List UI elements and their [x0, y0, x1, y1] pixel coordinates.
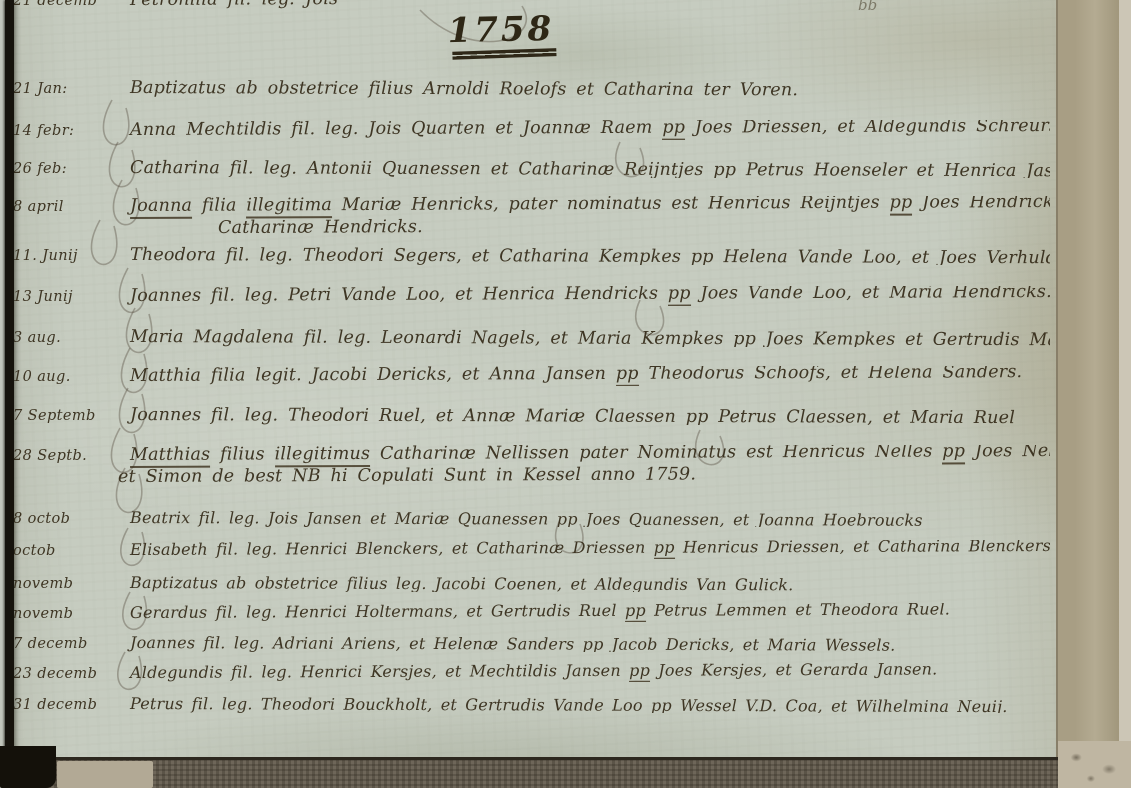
book-binding-foot: [0, 746, 56, 788]
underlined-name: illegitimus: [275, 445, 371, 467]
entry-row: 8 aprilJoanna filia illegitima Mariæ Hen…: [0, 196, 1050, 238]
entry-text: Baptizatus ab obstetrice filius Arnoldi …: [130, 78, 1050, 98]
entry-date: octob: [13, 543, 56, 559]
entry-text-segment: fil. leg. Henrici Kersjes, et Mechtildis…: [223, 663, 629, 682]
underlined-name: pp: [890, 196, 913, 216]
entry-row: novembBaptizatus ab obstetrice filius le…: [0, 573, 1050, 592]
underlined-name: pp: [691, 247, 714, 265]
underlined-name: Matthias: [130, 445, 210, 468]
entry-text: Joannes fil. leg. Adriani Ariens, et Hel…: [130, 633, 1050, 652]
entry-text-segment: Joes Hendricks, et: [912, 196, 1050, 213]
underlined-name: pp: [713, 160, 736, 178]
entry-text-segment: fil. leg. Leonardi Nagels, et Maria Kemp…: [294, 328, 733, 347]
entry-text-segment: Baptizatus ab obstetrice filius leg. Jac…: [130, 573, 494, 592]
underlined-name: Joannes: [130, 286, 201, 306]
entry-date: 23 decemb: [13, 666, 97, 682]
entry-text: Gerardus fil. leg. Henrici Holtermans, e…: [130, 603, 1050, 622]
entry-text-segment: fil. leg. Henrici Holtermans, et Gertrud…: [207, 603, 625, 622]
underlined-name: Maria Magdalena: [130, 327, 294, 347]
entry-text-segment: Baptizatus ab obstetrice filius Arnoldi: [130, 78, 500, 98]
entry-text: Anna Mechtildis fil. leg. Jois Quarten e…: [130, 120, 1050, 140]
entry-row: 3 aug.Maria Magdalena fil. leg. Leonardi…: [0, 327, 1050, 347]
entry-row: 10 aug.Matthia filia legit. Jacobi Deric…: [0, 366, 1050, 386]
underlined-name: pp: [557, 509, 578, 527]
entry-date: 7 Septemb: [13, 408, 96, 424]
entry-text: Catharina fil. leg. Antonii Quanessen et…: [130, 158, 1050, 178]
page-edge-right: [1056, 0, 1119, 757]
underlined-name: pp: [668, 286, 691, 306]
entry-text-segment: Catharinæ Hendricks.: [218, 217, 423, 238]
entry-text-segment: fil. leg. Petri Vande Loo, et Henrica He…: [201, 286, 668, 306]
entry-text-segment: fil. leg. Theodori Segers, et Catharina …: [216, 245, 691, 265]
entry-text-segment: fil: leg: Jois: [218, 0, 339, 10]
entry-row: 8 octobBeatrix fil. leg. Jois Jansen et …: [0, 508, 1050, 527]
underlined-name: Matthia: [130, 366, 201, 386]
entry-text-segment: filia: [192, 196, 246, 216]
entry-row: 11. JunijTheodora fil. leg. Theodori Seg…: [0, 245, 1050, 265]
entry-text-segment: Joes Driessen, et Aldegundis Schreurs.: [685, 120, 1050, 138]
entry-text-segment: Petrus Lemmen et Theodora Ruel.: [646, 603, 950, 620]
entry-date: 13 Junij: [13, 289, 73, 305]
underlined-name: pp: [651, 696, 672, 713]
register-entries: 21 decembPetronilla fil: leg: Jois21 Jan…: [0, 0, 1131, 788]
underlined-name: pp: [616, 366, 639, 386]
entry-date: 8 octob: [13, 511, 70, 527]
cut-top-line: 21 decembPetronilla fil: leg: Jois: [0, 0, 1050, 10]
entry-text: Joanna filia illegitima Mariæ Henricks, …: [130, 196, 1050, 216]
underlined-name: pp: [629, 663, 650, 682]
entry-text: Maria Magdalena fil. leg. Leonardi Nagel…: [130, 327, 1050, 347]
entry-row: 31 decembPetrus fil. leg. Theodori Bouck…: [0, 694, 1050, 713]
entry-date: novemb: [13, 606, 73, 622]
entry-row: 7 decembJoannes fil. leg. Adriani Ariens…: [0, 633, 1050, 652]
entry-text: Catharinæ Hendricks.: [218, 214, 1050, 238]
entry-text-segment: Petrus Claessen, et Maria Ruel: [709, 407, 1016, 425]
underlined-name: Theodora: [130, 245, 216, 265]
underlined-name: Petrus: [130, 694, 183, 713]
entry-text-segment: Theodorus Schoofs, et Helena Sanders.: [639, 366, 1023, 384]
entry-date: 14 febr:: [13, 123, 74, 139]
entry-text-segment: Henricus Driessen, et Catharina Blencker…: [675, 540, 1050, 557]
entry-text-segment: et Simon de best NB hi Copulati Sunt in …: [118, 464, 696, 487]
entry-text-segment: et Catharina ter Voren.: [567, 80, 799, 98]
entry-text-segment: Mariæ Henricks, pater nominatus est Henr…: [332, 196, 890, 215]
entry-date: 3 aug.: [13, 330, 61, 346]
entry-text-segment: fil. leg. Jois Jansen et Mariæ Quanessen: [190, 508, 556, 527]
entry-text-segment: Catharinæ Nellissen pater Nominatus est …: [370, 445, 942, 464]
entry-row: 21 Jan:Baptizatus ab obstetrice filius A…: [0, 78, 1050, 98]
entry-row: 13 JunijJoannes fil. leg. Petri Vande Lo…: [0, 286, 1050, 306]
entry-date: 31 decemb: [13, 697, 97, 713]
entry-date: novemb: [13, 576, 73, 592]
entry-text: Petronilla fil: leg: Jois: [130, 0, 1050, 10]
table-light-patch: [57, 761, 153, 788]
entry-text-segment: Petrus Hoenseler et Henrica Jaspers.: [736, 160, 1050, 178]
entry-row: 7 SeptembJoannes fil. leg. Theodori Ruel…: [0, 405, 1050, 425]
entry-text-segment: fil. leg. Adriani Ariens, et Helenæ Sand…: [195, 633, 582, 652]
entry-text-segment: Helena Vande Loo, et Joes Verhuldonck.: [714, 247, 1050, 265]
underlined-name: pp: [625, 603, 646, 622]
entry-text: Joannes fil. leg. Petri Vande Loo, et He…: [130, 286, 1050, 306]
entry-text: et Simon de best NB hi Copulati Sunt in …: [118, 463, 1050, 487]
entry-date: 10 aug.: [13, 369, 71, 385]
underlined-name: Catharina: [130, 158, 220, 178]
entry-date: 8 april: [13, 199, 64, 215]
underlined-name: pp: [733, 329, 756, 347]
underlined-name: pp: [583, 635, 604, 652]
entry-text: Petrus fil. leg. Theodori Bouckholt, et …: [130, 694, 1050, 713]
entry-text-segment: Jacob Dericks, et Maria Wessels.: [604, 635, 896, 652]
underlined-name: illegitima: [246, 196, 332, 218]
entry-text-segment: fil. leg. Jois Quarten et Joannæ Raem: [281, 120, 662, 139]
entry-date: 7 decemb: [13, 636, 88, 652]
manuscript-photo: 1758 bb 21 decembPetronilla fil: leg: Jo…: [0, 0, 1131, 788]
table-surface: [0, 757, 1131, 788]
entry-row: 14 febr:Anna Mechtildis fil. leg. Jois Q…: [0, 120, 1050, 140]
underlined-name: Anna Mechtildis: [130, 120, 282, 140]
entry-text-segment: , et Aldegundis Van Gulick.: [557, 574, 794, 592]
entry-text-segment: Joes Vande Loo, et Maria Hendricks.: [691, 286, 1050, 304]
entry-text: Baptizatus ab obstetrice filius leg. Jac…: [130, 573, 1050, 592]
underlined-name: Joannes: [130, 633, 195, 652]
underlined-name: Coenen: [494, 574, 557, 592]
underlined-name: Elisabeth: [130, 540, 208, 559]
entry-row: 28 Septb.Matthias filius illegitimus Cat…: [0, 445, 1050, 487]
book-binding-strip: [5, 0, 14, 762]
entry-text: Aldegundis fil. leg. Henrici Kersjes, et…: [130, 663, 1050, 682]
entry-text: Matthias filius illegitimus Catharinæ Ne…: [130, 445, 1050, 465]
entry-text-segment: Wessel V.D. Coa, et Wilhelmina Neuij.: [672, 696, 1008, 713]
entry-text-segment: Joes Kersjes, et Gerarda Jansen.: [650, 663, 938, 680]
entry-text-segment: Joes Kempkes et Gertrudis Maes.: [756, 329, 1050, 347]
entry-text-segment: filius: [210, 445, 274, 465]
entry-text: Joannes fil. leg. Theodori Ruel, et Annæ…: [130, 405, 1050, 425]
page-edge-far-right: [1119, 0, 1131, 757]
entry-text-segment: fil. leg. Theodori Bouckholt, et Gertrud…: [183, 694, 651, 713]
entry-text-segment: Joes Quanessen, et Joanna Hoebroucks: [578, 510, 923, 527]
entry-date: 28 Septb.: [13, 448, 87, 464]
underlined-name: Beatrix: [130, 508, 190, 527]
entry-row: 26 feb:Catharina fil. leg. Antonii Quane…: [0, 158, 1050, 178]
entry-text-segment: fil. leg. Theodori Ruel, et Annæ Mariæ C…: [201, 405, 686, 425]
entry-date: 11. Junij: [13, 248, 78, 264]
underlined-name: pp: [654, 540, 675, 559]
entry-date: 26 feb:: [13, 161, 67, 177]
underlined-name: pp: [686, 407, 709, 425]
underlined-name: pp: [662, 120, 685, 140]
entry-text-segment: Joes Nellissen: [965, 445, 1050, 461]
entry-date: 21 Jan:: [13, 81, 68, 97]
underlined-name: Roelofs: [499, 79, 566, 98]
underlined-name: Aldegundis: [130, 663, 223, 682]
entry-row: novembGerardus fil. leg. Henrici Holterm…: [0, 603, 1050, 622]
underlined-name: Gerardus: [130, 603, 208, 622]
entry-text: Beatrix fil. leg. Jois Jansen et Mariæ Q…: [130, 508, 1050, 527]
underlined-name: Joannes: [130, 405, 201, 425]
underlined-name: pp: [942, 445, 965, 464]
entry-row: octobElisabeth fil. leg. Henrici Blencke…: [0, 540, 1050, 559]
entry-text-segment: filia legit. Jacobi Dericks, et Anna Jan…: [201, 366, 616, 386]
entry-text: Theodora fil. leg. Theodori Segers, et C…: [130, 245, 1050, 265]
entry-text: Elisabeth fil. leg. Henrici Blenckers, e…: [130, 540, 1050, 559]
entry-date: 21 decemb: [13, 0, 97, 9]
underlined-name: Petronilla: [130, 0, 218, 10]
entry-text-segment: fil. leg. Antonii Quanessen et Catharinæ…: [220, 158, 713, 178]
entry-text-segment: fil. leg. Henrici Blenckers, et Catharin…: [208, 540, 654, 559]
table-stone-patch: [1058, 741, 1131, 788]
underlined-name: Joanna: [130, 196, 192, 219]
entry-row: 23 decembAldegundis fil. leg. Henrici Ke…: [0, 663, 1050, 682]
entry-text: Matthia filia legit. Jacobi Dericks, et …: [130, 366, 1050, 386]
